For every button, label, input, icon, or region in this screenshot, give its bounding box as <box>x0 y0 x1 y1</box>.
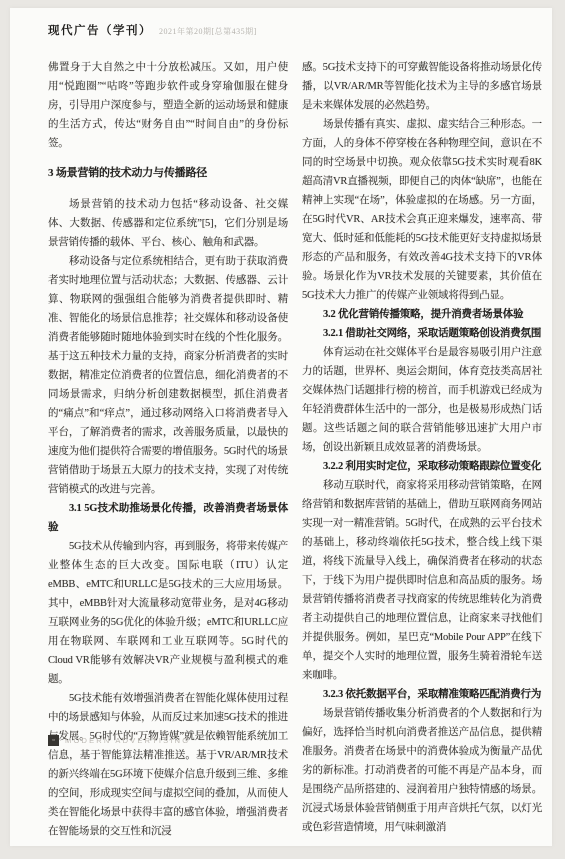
paragraph: 5G技术能有效增强消费者在智能化媒体使用过程中的场景感知与体验，从而反过来加速5… <box>48 689 288 841</box>
paragraph: 感。5G技术支持下的可穿戴智能设备将推动场景化传播，以VR/AR/MR等智能化技… <box>302 58 542 115</box>
subsection-heading: 3.1 5G技术助推场景化传播，改善消费者场景体验 <box>48 499 288 537</box>
subsection-heading: 3.2.2 利用实时定位，采取移动策略跟踪位置变化 <box>302 457 542 476</box>
journal-logo-icon: ▫ <box>48 735 59 746</box>
paragraph: 场景营销传播收集分析消费者的个人数据和行为偏好，选择恰当时机向消费者推送产品信息… <box>302 704 542 837</box>
journal-page: 现代广告（学刊）2021年第20期[总第435期] 佛置身于大自然之中十分放松减… <box>10 8 552 846</box>
footer-journal-name: MODERN ADVERTISING <box>65 736 190 745</box>
paragraph: 场景传播有真实、虚拟、虚实结合三种形态。一方面，人的身体不停穿梭在各种物理空间，… <box>302 115 542 305</box>
page-footer: ▫ MODERN ADVERTISING <box>48 735 190 746</box>
subsection-heading: 3.2.3 依托数据平台，采取精准策略匹配消费行为 <box>302 685 542 704</box>
paragraph: 场景营销的技术动力包括“移动设备、社交媒体、大数据、传感器和定位系统”[5]，它… <box>48 195 288 252</box>
page-header: 现代广告（学刊）2021年第20期[总第435期] <box>48 21 257 39</box>
article-columns: 佛置身于大自然之中十分放松减压。又如，用户使用“悦跑圈”“咕咚”等跑步软件或身穿… <box>48 58 542 841</box>
paragraph: 移动设备与定位系统相结合，更有助于获取消费者实时地理位置与活动状态；大数据、传感… <box>48 252 288 499</box>
paragraph: 移动互联时代，商家将采用移动营销策略，在网络营销和数据库营销的基础上，借助互联网… <box>302 476 542 685</box>
paragraph: 佛置身于大自然之中十分放松减压。又如，用户使用“悦跑圈”“咕咚”等跑步软件或身穿… <box>48 58 288 153</box>
paragraph: 体育运动在社交媒体平台是最容易吸引用户注意力的话题，世界杯、奥运会期间，体育竞技… <box>302 343 542 457</box>
right-column: 感。5G技术支持下的可穿戴智能设备将推动场景化传播，以VR/AR/MR等智能化技… <box>302 58 542 841</box>
journal-title: 现代广告（学刊） <box>48 25 152 37</box>
subsection-heading: 3.2.1 借助社交网络，采取话题策略创设消费氛围 <box>302 324 542 343</box>
section-heading: 3 场景营销的技术动力与传播路径 <box>48 164 288 183</box>
scan-background: 现代广告（学刊）2021年第20期[总第435期] 佛置身于大自然之中十分放松减… <box>0 0 565 859</box>
left-column: 佛置身于大自然之中十分放松减压。又如，用户使用“悦跑圈”“咕咚”等跑步软件或身穿… <box>48 58 288 841</box>
issue-info: 2021年第20期[总第435期] <box>159 27 257 36</box>
paragraph: 5G技术从传输到内容，再到服务，将带来传媒产业整体生态的巨大改变。国际电联（IT… <box>48 537 288 689</box>
subsection-heading: 3.2 优化营销传播策略，提升消费者场景体验 <box>302 305 542 324</box>
